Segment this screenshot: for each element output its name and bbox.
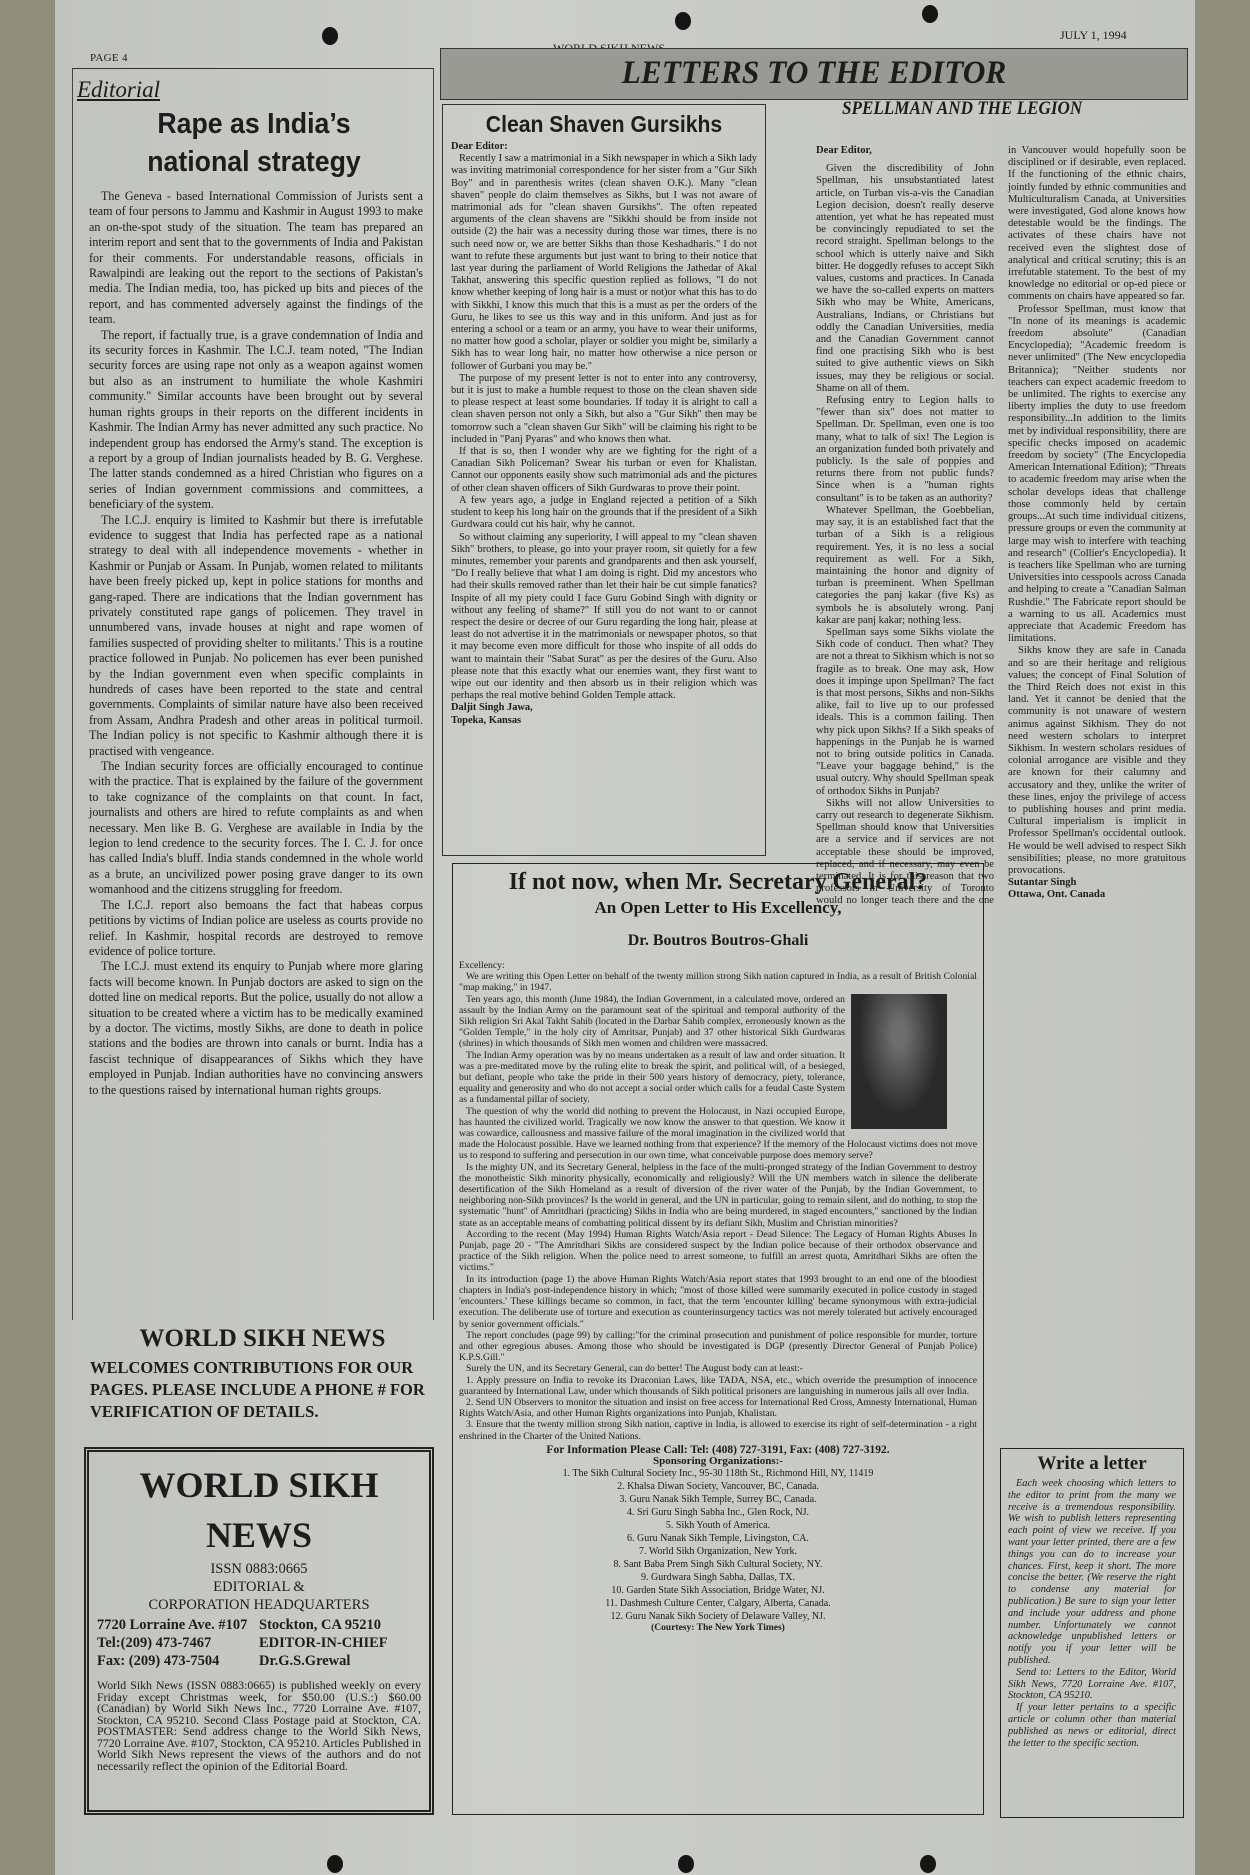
letters-banner: LETTERS TO THE EDITOR (440, 48, 1188, 100)
open-letter-subtitle: An Open Letter to His Excellency, (453, 898, 983, 918)
paragraph: The report concludes (page 99) by callin… (459, 1330, 977, 1364)
paragraph: If that is so, then I wonder why are we … (451, 446, 757, 495)
section-label: Editorial (77, 77, 160, 103)
hq-label: CORPORATION HEADQUARTERS (97, 1596, 421, 1614)
editorial-label: EDITORIAL & (97, 1578, 421, 1596)
write-letter-body: Each week choosing which letters to the … (1008, 1478, 1176, 1749)
paragraph: Given the discredibility of John Spellma… (816, 163, 994, 395)
paragraph: Sikhs know they are safe in Canada and s… (1008, 645, 1186, 877)
paragraph: Refusing entry to Legion halls to "fewer… (816, 395, 994, 505)
paragraph: Each week choosing which letters to the … (1008, 1478, 1176, 1667)
punch-hole-icon (322, 27, 338, 45)
photo-mourning-icon (851, 994, 947, 1129)
editorial-headline: Rape as India’s national strategy (87, 105, 420, 181)
signature-place: Ottawa, Ont. Canada (1008, 889, 1186, 901)
paragraph: The I.C.J. report also bemoans the fact … (89, 898, 423, 960)
sponsor-item: 12. Guru Nanak Sikh Society of Delaware … (459, 1610, 977, 1623)
paragraph: Is the mighty UN, and its Secretary Gene… (459, 1162, 977, 1229)
sponsor-item: 2. Khalsa Diwan Society, Vancouver, BC, … (459, 1480, 977, 1493)
write-a-letter-box: Write a letter Each week choosing which … (1000, 1448, 1184, 1818)
sponsor-item: 10. Garden State Sikh Association, Bridg… (459, 1584, 977, 1597)
paragraph: We are writing this Open Letter on behal… (459, 971, 977, 993)
paragraph: The I.C.J. must extend its enquiry to Pu… (89, 959, 423, 1098)
address: 7720 Lorraine Ave. #107 (97, 1616, 259, 1634)
salutation: Dear Editor: (451, 141, 757, 153)
punch-hole-icon (920, 1855, 936, 1873)
open-letter: If not now, when Mr. Secretary General? … (452, 863, 984, 1815)
punch-hole-icon (678, 1855, 694, 1873)
paragraph: Surely the UN, and its Secretary General… (459, 1363, 977, 1374)
paragraph: Send to: Letters to the Editor, World Si… (1008, 1667, 1176, 1702)
title-line: NEWS (97, 1510, 421, 1560)
paragraph: So without claiming any superiority, I w… (451, 532, 757, 703)
letters-title: LETTERS TO THE EDITOR (460, 55, 1169, 92)
paragraph: A few years ago, a judge in England reje… (451, 495, 757, 532)
signature-name: Sutantar Singh (1008, 877, 1186, 889)
punch-hole-icon (327, 1855, 343, 1873)
paragraph: The Indian security forces are officiall… (89, 759, 423, 898)
telephone: Tel:(209) 473-7467 (97, 1634, 259, 1652)
letter-clean-shaven: Clean Shaven Gursikhs Dear Editor: Recen… (442, 104, 766, 856)
salutation: Excellency: (459, 960, 977, 971)
sponsor-item: 6. Guru Nanak Sikh Temple, Livingston, C… (459, 1532, 977, 1545)
paragraph: 3. Ensure that the twenty million strong… (459, 1419, 977, 1441)
editor-name: Dr.G.S.Grewal (259, 1652, 421, 1670)
headline-line: national strategy (87, 143, 420, 181)
title-line: WORLD SIKH (97, 1460, 421, 1510)
sponsor-item: 4. Sri Guru Singh Sabha Inc., Glen Rock,… (459, 1506, 977, 1519)
sponsor-item: 7. World Sikh Organization, New York. (459, 1545, 977, 1558)
notice-title: WORLD SIKH NEWS (90, 1325, 435, 1353)
signature-place: Topeka, Kansas (451, 715, 757, 727)
letter-title: SPELLMAN AND THE LEGION (842, 98, 1082, 120)
publication-masthead-box: WORLD SIKH NEWS ISSN 0883:0665 EDITORIAL… (84, 1447, 434, 1815)
sponsors-title: Sponsoring Organizations:- (459, 1456, 977, 1467)
city: Stockton, CA 95210 (259, 1616, 421, 1634)
sponsor-item: 3. Guru Nanak Sikh Temple, Surrey BC, Ca… (459, 1493, 977, 1506)
sponsor-item: 8. Sant Baba Prem Singh Sikh Cultural So… (459, 1558, 977, 1571)
paragraph: Whatever Spellman, the Goebbelian, may s… (816, 505, 994, 627)
punch-hole-icon (675, 12, 691, 30)
letter-title: Clean Shaven Gursikhs (456, 111, 752, 138)
paragraph: The report, if factually true, is a grav… (89, 328, 423, 513)
editorial-body: The Geneva - based International Commiss… (89, 189, 423, 1098)
paragraph: Professor Spellman, must know that "In n… (1008, 304, 1186, 646)
punch-hole-icon (922, 5, 938, 23)
paragraph: 2. Send UN Observers to monitor the situ… (459, 1397, 977, 1419)
sponsor-item: 5. Sikh Youth of America. (459, 1519, 977, 1532)
courtesy-credit: (Courtesy: The New York Times) (459, 1623, 977, 1634)
fax: Fax: (209) 473-7504 (97, 1652, 259, 1670)
paragraph: The Geneva - based International Commiss… (89, 189, 423, 328)
sponsors-list: 1. The Sikh Cultural Society Inc., 95-30… (459, 1467, 977, 1623)
paragraph: 1. Apply pressure on India to revoke its… (459, 1375, 977, 1397)
page-number: PAGE 4 (90, 52, 128, 64)
paragraph: In its introduction (page 1) the above H… (459, 1274, 977, 1330)
open-letter-body: Excellency: We are writing this Open Let… (459, 960, 977, 1634)
contact-grid: 7720 Lorraine Ave. #107 Stockton, CA 952… (97, 1616, 421, 1670)
paragraph: Spellman says some Sikhs violate the Sik… (816, 627, 994, 798)
notice-text: WELCOMES CONTRIBUTIONS FOR OUR PAGES. PL… (90, 1357, 435, 1423)
sponsor-item: 9. Gurdwara Singh Sabha, Dallas, TX. (459, 1571, 977, 1584)
paragraph: If your letter pertains to a specific ar… (1008, 1702, 1176, 1749)
paragraph: The purpose of my present letter is not … (451, 373, 757, 446)
headline-line: Rape as India’s (87, 105, 420, 143)
publication-fine-print: World Sikh News (ISSN 0883:0665) is publ… (97, 1680, 421, 1772)
open-letter-title: If not now, when Mr. Secretary General? (453, 869, 983, 896)
sponsor-item: 1. The Sikh Cultural Society Inc., 95-30… (459, 1467, 977, 1480)
salutation: Dear Editor, (816, 145, 994, 157)
paragraph: Recently I saw a matrimonial in a Sikh n… (451, 153, 757, 373)
signature-name: Daljit Singh Jawa, (451, 702, 757, 714)
paragraph: According to the recent (May 1994) Human… (459, 1229, 977, 1274)
open-letter-addressee: Dr. Boutros Boutros-Ghali (453, 932, 983, 950)
letter-body: Dear Editor: Recently I saw a matrimonia… (451, 141, 757, 727)
write-letter-title: Write a letter (1008, 1453, 1176, 1475)
paragraph: The I.C.J. enquiry is limited to Kashmir… (89, 513, 423, 760)
editor-label: EDITOR-IN-CHIEF (259, 1634, 421, 1652)
issue-date: JULY 1, 1994 (1060, 28, 1127, 43)
sponsor-item: 11. Dashmesh Culture Center, Calgary, Al… (459, 1597, 977, 1610)
editorial-column: Editorial Rape as India’s national strat… (72, 68, 434, 1320)
contributions-notice: WORLD SIKH NEWS WELCOMES CONTRIBUTIONS F… (90, 1325, 435, 1423)
issn: ISSN 0883:0665 (97, 1560, 421, 1578)
publication-name: WORLD SIKH NEWS (97, 1460, 421, 1560)
